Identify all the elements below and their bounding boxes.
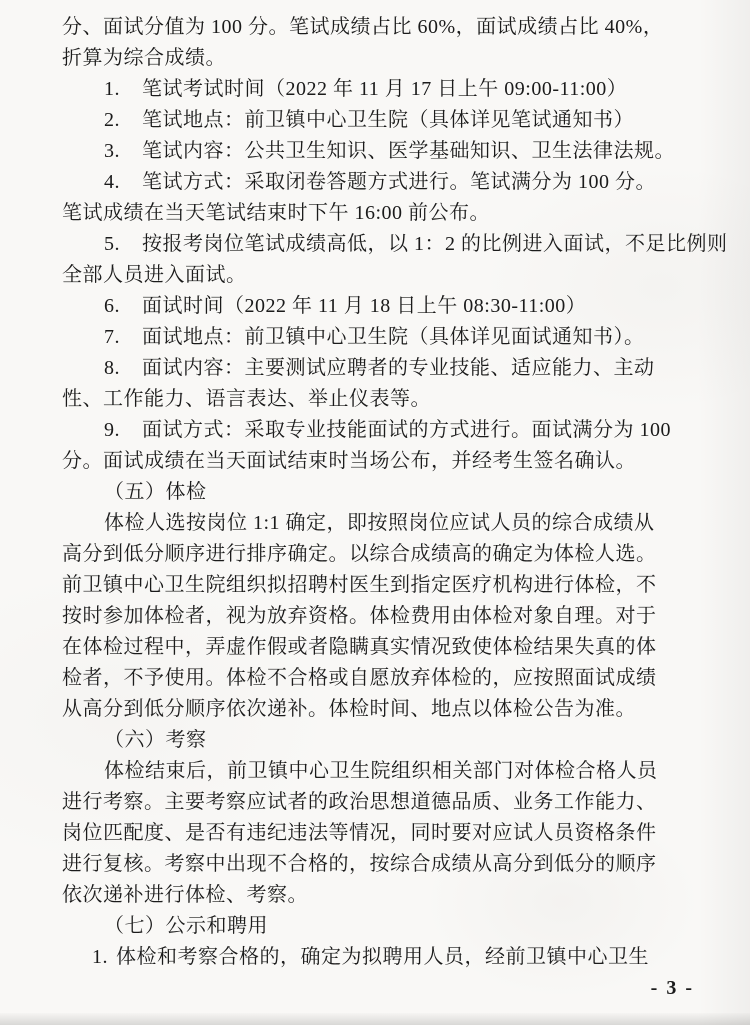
text-line: 1.笔试考试时间（2022 年 11 月 17 日上午 09:00-11:00） bbox=[62, 74, 692, 105]
line-text: 全部人员进入面试。 bbox=[62, 264, 247, 286]
line-text: 进行考察。主要考察应试者的政治思想道德品质、业务工作能力、 bbox=[62, 791, 657, 813]
line-text: 笔试方式：采取闭卷答题方式进行。笔试满分为 100 分。 bbox=[142, 171, 656, 193]
line-text: 笔试内容：公共卫生知识、医学基础知识、卫生法律法规。 bbox=[142, 140, 675, 162]
text-line: 9.面试方式：采取专业技能面试的方式进行。面试满分为 100 bbox=[62, 415, 692, 446]
line-text: 岗位匹配度、是否有违纪违法等情况，同时要对应试人员资格条件 bbox=[62, 822, 657, 844]
list-item-number: 9. bbox=[104, 415, 142, 446]
line-text: 分、面试分值为 100 分。笔试成绩占比 60%，面试成绩占比 40%， bbox=[62, 16, 663, 38]
text-line: 1.体检和考察合格的，确定为拟聘用人员，经前卫镇中心卫生 bbox=[62, 942, 692, 973]
document-body: 分、面试分值为 100 分。笔试成绩占比 60%，面试成绩占比 40%，折算为综… bbox=[0, 0, 750, 973]
line-text: 面试时间（2022 年 11 月 18 日上午 08:30-11:00） bbox=[142, 295, 586, 317]
line-text: 面试地点：前卫镇中心卫生院（具体详见面试通知书）。 bbox=[142, 326, 645, 348]
line-text: 笔试成绩在当天笔试结束时下午 16:00 前公布。 bbox=[62, 202, 490, 224]
text-line: 分、面试分值为 100 分。笔试成绩占比 60%，面试成绩占比 40%， bbox=[62, 12, 692, 43]
text-line: 依次递补进行体检、考察。 bbox=[62, 880, 692, 911]
section-heading: （五）体检 bbox=[62, 477, 692, 508]
text-line: 从高分到低分顺序依次递补。体检时间、地点以体检公告为准。 bbox=[62, 694, 692, 725]
line-text: 面试内容：主要测试应聘者的专业技能、适应能力、主动 bbox=[142, 357, 655, 379]
list-item-number: 1. bbox=[104, 74, 142, 105]
line-text: 面试方式：采取专业技能面试的方式进行。面试满分为 100 bbox=[142, 419, 671, 441]
text-line: 检者，不予使用。体检不合格或自愿放弃体检的，应按照面试成绩 bbox=[62, 663, 692, 694]
line-text: 依次递补进行体检、考察。 bbox=[62, 884, 308, 906]
text-line: 2.笔试地点：前卫镇中心卫生院（具体详见笔试通知书） bbox=[62, 105, 692, 136]
scanned-document-page: 分、面试分值为 100 分。笔试成绩占比 60%，面试成绩占比 40%，折算为综… bbox=[0, 0, 750, 1025]
text-line: 笔试成绩在当天笔试结束时下午 16:00 前公布。 bbox=[62, 198, 692, 229]
line-text: 从高分到低分顺序依次递补。体检时间、地点以体检公告为准。 bbox=[62, 698, 636, 720]
text-line: 3.笔试内容：公共卫生知识、医学基础知识、卫生法律法规。 bbox=[62, 136, 692, 167]
line-text: 体检和考察合格的，确定为拟聘用人员，经前卫镇中心卫生 bbox=[116, 946, 649, 968]
list-item-number: 4. bbox=[104, 167, 142, 198]
text-line: 5.按报考岗位笔试成绩高低，以 1：2 的比例进入面试，不足比例则 bbox=[62, 229, 692, 260]
text-line: 4.笔试方式：采取闭卷答题方式进行。笔试满分为 100 分。 bbox=[62, 167, 692, 198]
list-item-number: 7. bbox=[104, 322, 142, 353]
text-line: 体检结束后，前卫镇中心卫生院组织相关部门对体检合格人员 bbox=[62, 756, 692, 787]
text-line: 体检人选按岗位 1:1 确定，即按照岗位应试人员的综合成绩从 bbox=[62, 508, 692, 539]
line-text: 折算为综合成绩。 bbox=[62, 47, 226, 69]
list-item-number: 6. bbox=[104, 291, 142, 322]
line-text: 按报考岗位笔试成绩高低，以 1：2 的比例进入面试，不足比例则 bbox=[142, 233, 728, 255]
text-line: 进行考察。主要考察应试者的政治思想道德品质、业务工作能力、 bbox=[62, 787, 692, 818]
scan-edge-artifact bbox=[0, 1013, 750, 1025]
list-item-number: 3. bbox=[104, 136, 142, 167]
line-text: 按时参加体检者，视为放弃资格。体检费用由体检对象自理。对于 bbox=[62, 605, 657, 627]
line-text: 笔试考试时间（2022 年 11 月 17 日上午 09:00-11:00） bbox=[142, 78, 627, 100]
text-line: 高分到低分顺序进行排序确定。以综合成绩高的确定为体检人选。 bbox=[62, 539, 692, 570]
line-text: （五）体检 bbox=[104, 481, 207, 503]
line-text: 性、工作能力、语言表达、举止仪表等。 bbox=[62, 388, 431, 410]
line-text: 高分到低分顺序进行排序确定。以综合成绩高的确定为体检人选。 bbox=[62, 543, 657, 565]
list-item-number: 8. bbox=[104, 353, 142, 384]
section-heading: （六）考察 bbox=[62, 725, 692, 756]
line-text: （七）公示和聘用 bbox=[104, 915, 268, 937]
line-text: 分。面试成绩在当天面试结束时当场公布，并经考生签名确认。 bbox=[62, 450, 636, 472]
text-line: 进行复核。考察中出现不合格的，按综合成绩从高分到低分的顺序 bbox=[62, 849, 692, 880]
line-text: 前卫镇中心卫生院组织拟招聘村医生到指定医疗机构进行体检，不 bbox=[62, 574, 657, 596]
list-item-number: 1. bbox=[92, 942, 116, 973]
text-line: 7.面试地点：前卫镇中心卫生院（具体详见面试通知书）。 bbox=[62, 322, 692, 353]
text-line: 6.面试时间（2022 年 11 月 18 日上午 08:30-11:00） bbox=[62, 291, 692, 322]
line-text: （六）考察 bbox=[104, 729, 207, 751]
page-number: - 3 - bbox=[0, 973, 750, 1004]
line-text: 体检人选按岗位 1:1 确定，即按照岗位应试人员的综合成绩从 bbox=[104, 512, 655, 534]
text-line: 性、工作能力、语言表达、举止仪表等。 bbox=[62, 384, 692, 415]
text-line: 折算为综合成绩。 bbox=[62, 43, 692, 74]
line-text: 笔试地点：前卫镇中心卫生院（具体详见笔试通知书） bbox=[142, 109, 634, 131]
list-item-number: 5. bbox=[104, 229, 142, 260]
line-text: 在体检过程中，弄虚作假或者隐瞒真实情况致使体检结果失真的体 bbox=[62, 636, 657, 658]
text-line: 全部人员进入面试。 bbox=[62, 260, 692, 291]
section-heading: （七）公示和聘用 bbox=[62, 911, 692, 942]
text-line: 8.面试内容：主要测试应聘者的专业技能、适应能力、主动 bbox=[62, 353, 692, 384]
text-line: 在体检过程中，弄虚作假或者隐瞒真实情况致使体检结果失真的体 bbox=[62, 632, 692, 663]
text-line: 岗位匹配度、是否有违纪违法等情况，同时要对应试人员资格条件 bbox=[62, 818, 692, 849]
line-text: 检者，不予使用。体检不合格或自愿放弃体检的，应按照面试成绩 bbox=[62, 667, 657, 689]
text-line: 前卫镇中心卫生院组织拟招聘村医生到指定医疗机构进行体检，不 bbox=[62, 570, 692, 601]
text-line: 按时参加体检者，视为放弃资格。体检费用由体检对象自理。对于 bbox=[62, 601, 692, 632]
line-text: 进行复核。考察中出现不合格的，按综合成绩从高分到低分的顺序 bbox=[62, 853, 657, 875]
list-item-number: 2. bbox=[104, 105, 142, 136]
text-line: 分。面试成绩在当天面试结束时当场公布，并经考生签名确认。 bbox=[62, 446, 692, 477]
line-text: 体检结束后，前卫镇中心卫生院组织相关部门对体检合格人员 bbox=[104, 760, 658, 782]
